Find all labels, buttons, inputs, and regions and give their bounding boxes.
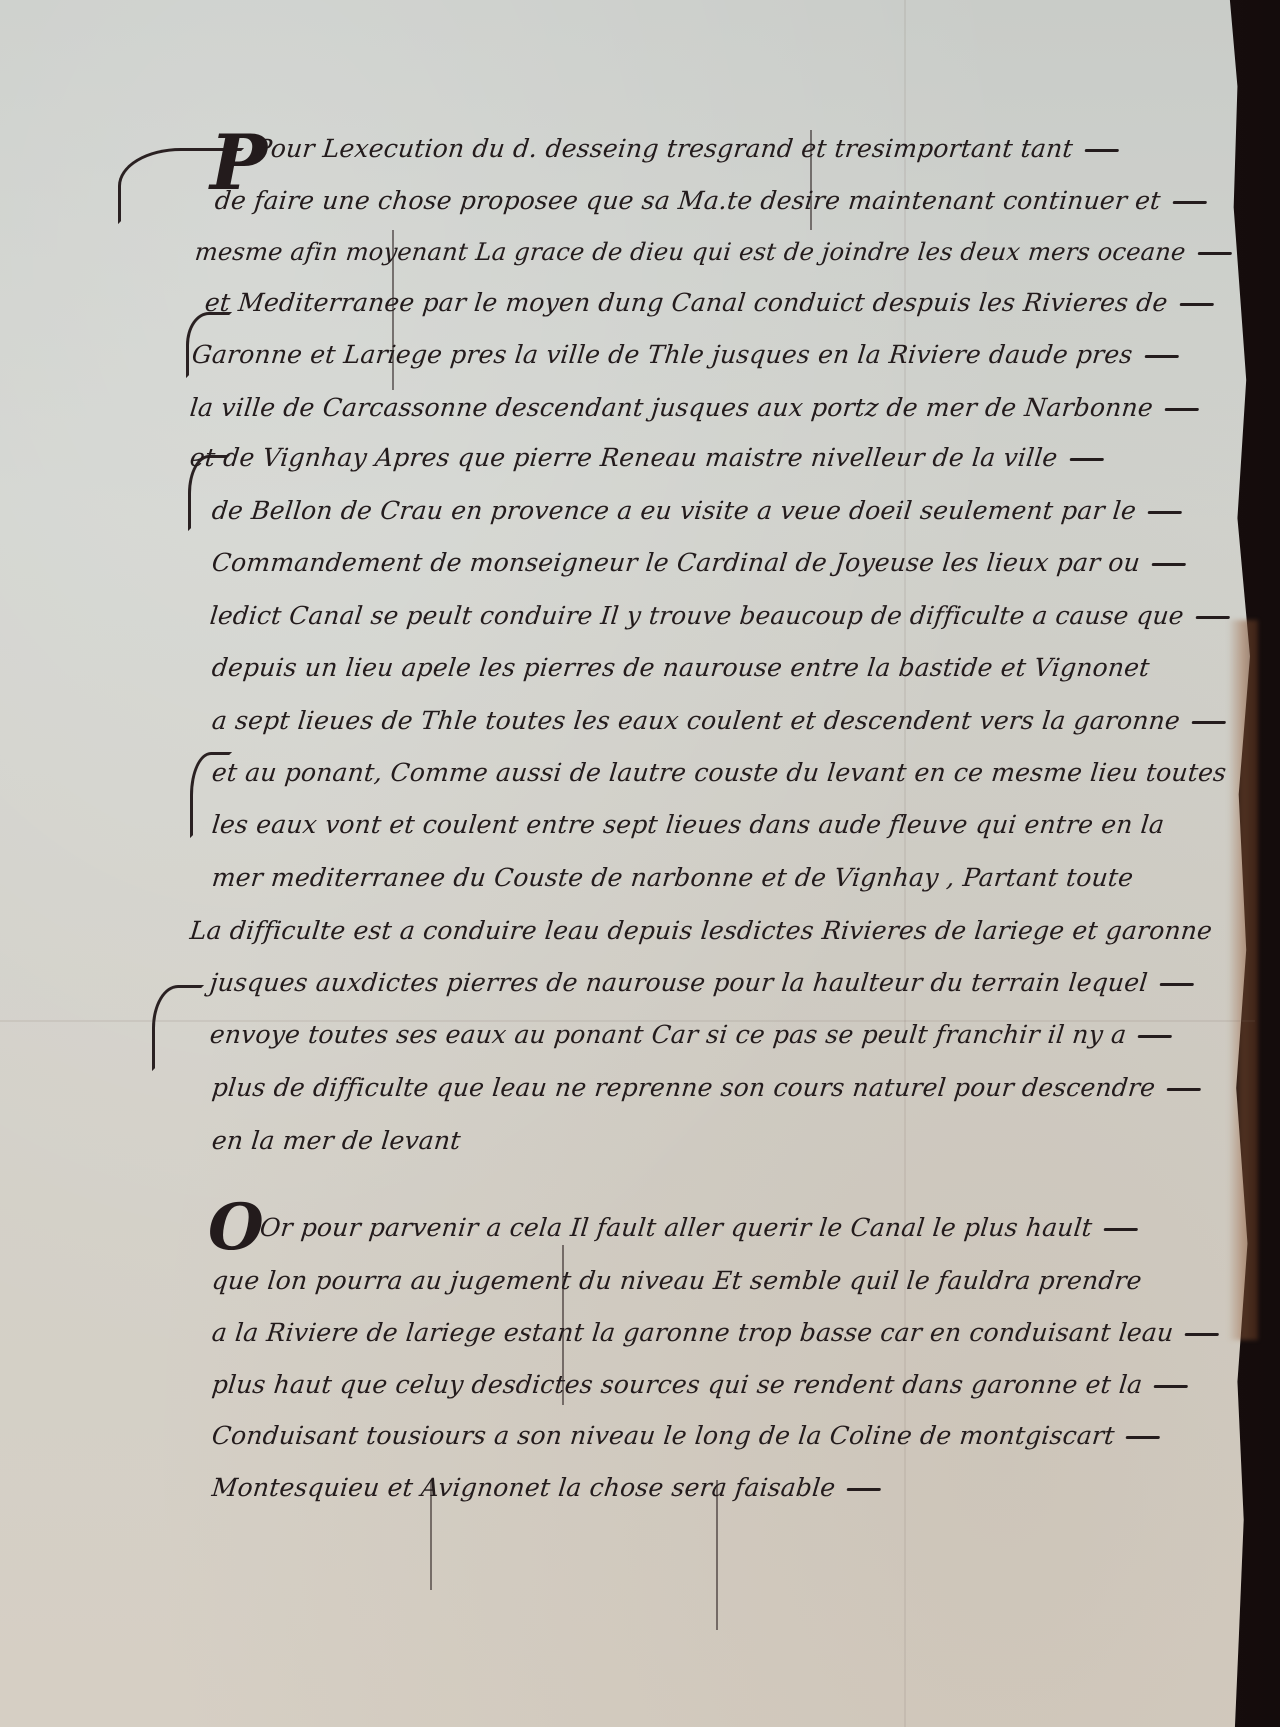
line-text: envoye toutes ses eaux au ponant Car si …	[208, 1020, 1127, 1049]
text-line: Or pour parvenir a cela Il fault aller q…	[258, 1213, 1139, 1242]
line-end-dash	[1084, 149, 1118, 152]
line-text: en la mer de levant	[210, 1126, 462, 1155]
line-text: que lon pourra au jugement du niveau Et …	[210, 1266, 1143, 1295]
text-line: Pour Lexecution du d. desseing tresgrand…	[253, 134, 1120, 163]
text-line: depuis un lieu apele les pierres de naur…	[210, 653, 1151, 682]
line-end-dash	[1165, 408, 1199, 411]
line-end-dash	[1179, 303, 1213, 306]
ascender-stroke	[716, 1480, 718, 1630]
text-line: en la mer de levant	[210, 1126, 462, 1155]
line-end-dash	[1172, 201, 1206, 204]
line-text: a la Riviere de lariege estant la garonn…	[210, 1318, 1175, 1347]
text-line: envoye toutes ses eaux au ponant Car si …	[208, 1020, 1173, 1049]
line-text: La difficulte est a conduire leau depuis…	[188, 916, 1213, 945]
line-text: et de Vignhay Apres que pierre Reneau ma…	[188, 443, 1059, 472]
text-line: les eaux vont et coulent entre sept lieu…	[210, 810, 1165, 839]
line-text: depuis un lieu apele les pierres de naur…	[210, 653, 1151, 682]
text-line: plus haut que celuy desdictes sources qu…	[210, 1370, 1189, 1399]
text-line: de Bellon de Crau en provence a eu visit…	[210, 496, 1183, 525]
left-margin-flourish-4	[152, 985, 204, 1071]
line-text: Commandement de monseigneur le Cardinal …	[210, 548, 1141, 577]
line-text: Conduisant tousiours a son niveau le lon…	[210, 1421, 1116, 1450]
line-text: plus de difficulte que leau ne reprenne …	[210, 1073, 1156, 1102]
drop-cap-o: O	[208, 1190, 264, 1265]
text-line: Montesquieu et Avignonet la chose sera f…	[210, 1473, 883, 1502]
text-line: Garonne et Lariege pres la ville de Thle…	[190, 340, 1180, 369]
text-line: Conduisant tousiours a son niveau le lon…	[210, 1421, 1162, 1450]
text-line: ledict Canal se peult conduire Il y trou…	[208, 601, 1231, 630]
text-line: la ville de Carcassonne descendant jusqu…	[188, 393, 1200, 422]
line-text: mesme afin moyenant La grace de dieu qui…	[194, 238, 1188, 266]
line-end-dash	[1152, 563, 1186, 566]
text-line: Commandement de monseigneur le Cardinal …	[210, 548, 1187, 577]
line-end-dash	[847, 1488, 881, 1491]
line-end-dash	[1185, 1333, 1219, 1336]
line-text: Or pour parvenir a cela Il fault aller q…	[258, 1213, 1093, 1242]
line-text: jusques auxdictes pierres de naurouse po…	[208, 968, 1149, 997]
line-text: les eaux vont et coulent entre sept lieu…	[210, 810, 1165, 839]
line-text: ledict Canal se peult conduire Il y trou…	[208, 601, 1185, 630]
line-text: de faire une chose proposee que sa Ma.te…	[213, 186, 1162, 215]
line-end-dash	[1197, 252, 1231, 255]
line-end-dash	[1104, 1228, 1138, 1231]
line-end-dash	[1159, 983, 1193, 986]
text-line: et de Vignhay Apres que pierre Reneau ma…	[188, 443, 1105, 472]
line-end-dash	[1144, 355, 1178, 358]
line-text: mer mediterranee du Couste de narbonne e…	[210, 863, 1134, 892]
line-text: a sept lieues de Thle toutes les eaux co…	[210, 706, 1181, 735]
text-line: de faire une chose proposee que sa Ma.te…	[213, 186, 1208, 215]
text-line: mesme afin moyenant La grace de dieu qui…	[194, 238, 1234, 266]
text-line: mer mediterranee du Couste de narbonne e…	[210, 863, 1134, 892]
text-line: et au ponant, Comme aussi de lautre cous…	[210, 758, 1227, 787]
line-end-dash	[1167, 1088, 1201, 1091]
line-text: Garonne et Lariege pres la ville de Thle…	[190, 340, 1134, 369]
line-text: Pour Lexecution du d. desseing tresgrand…	[253, 134, 1074, 163]
line-end-dash	[1195, 616, 1229, 619]
torn-edge-stain	[1228, 620, 1258, 1340]
line-text: la ville de Carcassonne descendant jusqu…	[188, 393, 1154, 422]
line-text: et au ponant, Comme aussi de lautre cous…	[210, 758, 1227, 787]
line-end-dash	[1069, 458, 1103, 461]
text-line: que lon pourra au jugement du niveau Et …	[210, 1266, 1143, 1295]
line-end-dash	[1138, 1035, 1172, 1038]
line-text: de Bellon de Crau en provence a eu visit…	[210, 496, 1137, 525]
line-text: Montesquieu et Avignonet la chose sera f…	[210, 1473, 837, 1502]
line-end-dash	[1126, 1436, 1160, 1439]
line-end-dash	[1148, 511, 1182, 514]
text-line: La difficulte est a conduire leau depuis…	[188, 916, 1213, 945]
line-text: et Mediterranee par le moyen dung Canal …	[203, 288, 1169, 317]
line-end-dash	[1192, 721, 1226, 724]
text-line: a la Riviere de lariege estant la garonn…	[210, 1318, 1221, 1347]
line-text: plus haut que celuy desdictes sources qu…	[210, 1370, 1143, 1399]
text-line: et Mediterranee par le moyen dung Canal …	[203, 288, 1215, 317]
text-line: a sept lieues de Thle toutes les eaux co…	[210, 706, 1227, 735]
line-end-dash	[1154, 1385, 1188, 1388]
text-line: jusques auxdictes pierres de naurouse po…	[208, 968, 1195, 997]
text-line: plus de difficulte que leau ne reprenne …	[210, 1073, 1202, 1102]
